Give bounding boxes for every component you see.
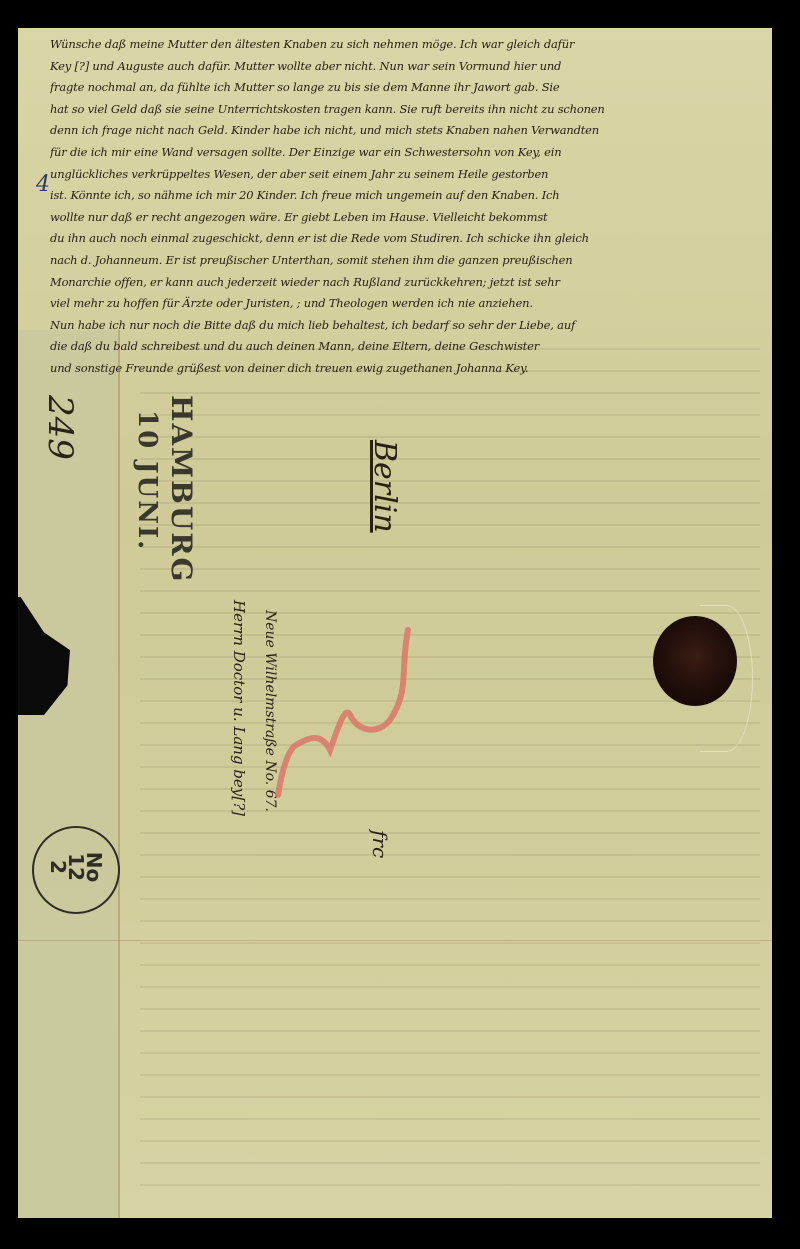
folio-number: 249 <box>40 395 80 460</box>
letter-body: Wünsche daß meine Mutter den ältesten Kn… <box>50 34 760 380</box>
destination-city: Berlin <box>367 440 402 533</box>
body-line: Nun habe ich nur noch die Bitte daß du m… <box>50 315 760 337</box>
body-line: unglückliches verkrüppeltes Wesen, der a… <box>50 164 760 186</box>
body-line: viel mehr zu hoffen für Ärzte oder Juris… <box>50 293 760 315</box>
franco-mark: frc <box>368 830 392 858</box>
wax-seal <box>653 616 737 706</box>
body-line: fragte nochmal an, da fühlte ich Mutter … <box>50 77 760 99</box>
body-line: Monarchie offen, er kann auch jederzeit … <box>50 272 760 294</box>
body-line: für die ich mir eine Wand versagen sollt… <box>50 142 760 164</box>
body-line: und sonstige Freunde grüßest von deiner … <box>50 358 760 380</box>
body-line: hat so viel Geld daß sie seine Unterrich… <box>50 99 760 121</box>
postmark-city: HAMBURG <box>165 395 198 583</box>
body-line: Wünsche daß meine Mutter den ältesten Kn… <box>50 34 760 56</box>
fold-line-vertical <box>118 330 120 1218</box>
body-line: ist. Könnte ich, so nähme ich mir 20 Kin… <box>50 185 760 207</box>
body-line: Key [?] und Auguste auch dafür. Mutter w… <box>50 56 760 78</box>
recipient-name: Herrn Doctor u. Lang bey[?] <box>230 600 248 816</box>
red-crayon-mark <box>260 610 420 810</box>
folded-flap <box>18 330 118 1218</box>
postmark-date: 10 JUNI. <box>132 410 162 551</box>
body-line: nach d. Johanneum. Er ist preußischer Un… <box>50 250 760 272</box>
body-line: du ihn auch noch einmal zugeschickt, den… <box>50 228 760 250</box>
body-line: denn ich frage nicht nach Geld. Kinder h… <box>50 120 760 142</box>
body-line: wollte nur daß er recht angezogen wäre. … <box>50 207 760 229</box>
receipt-stamp-text: No 12 2 <box>49 847 103 887</box>
page-marker: 4 <box>36 172 50 197</box>
body-line: die daß du bald schreibest und du auch d… <box>50 336 760 358</box>
